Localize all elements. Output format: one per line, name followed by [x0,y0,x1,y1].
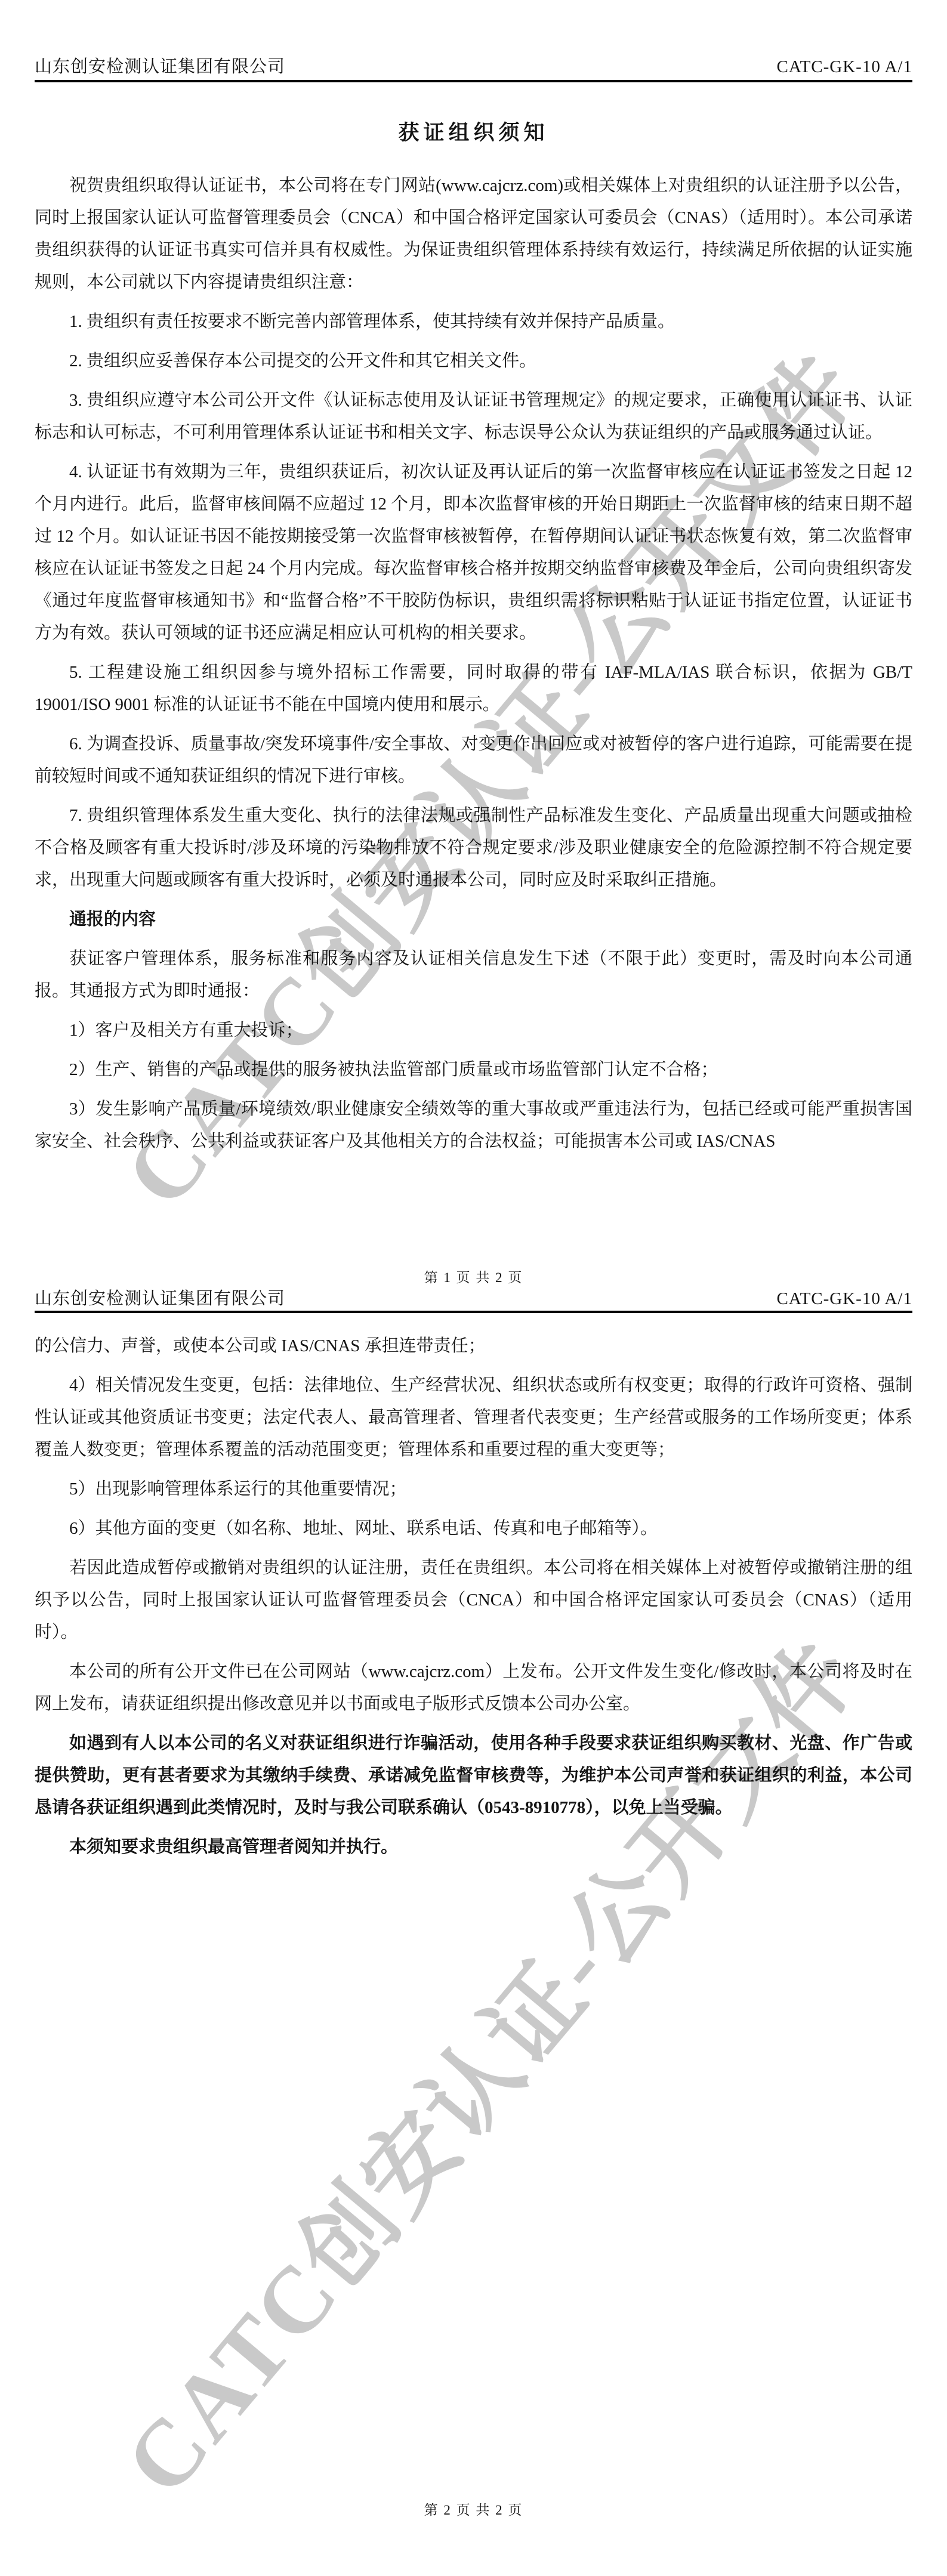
page-1-content: 山东创安检测认证集团有限公司 CATC-GK-10 A/1 获证组织须知 祝贺贵… [0,0,947,1157]
continuation-paragraph: 的公信力、声誉，或使本公司或 IAS/CNAS 承担连带责任； [35,1330,912,1362]
notify-item-1: 1）客户及相关方有重大投诉； [35,1014,912,1046]
notice-item-1: 1. 贵组织有责任按要求不断完善内部管理体系，使其持续有效并保持产品质量。 [35,305,912,338]
document-header: 山东创安检测认证集团有限公司 CATC-GK-10 A/1 [35,1288,912,1309]
notice-item-2: 2. 贵组织应妥善保存本公司提交的公开文件和其它相关文件。 [35,345,912,377]
notice-item-6: 6. 为调查投诉、质量事故/突发环境事件/安全事故、对变更作出回应或对被暂停的客… [35,728,912,792]
intro-paragraph: 祝贺贵组织取得认证证书，本公司将在专门网站(www.cajcrz.com)或相关… [35,169,912,298]
notice-item-7: 7. 贵组织管理体系发生重大变化、执行的法律法规或强制性产品标准发生变化、产品质… [35,799,912,896]
notify-heading: 通报的内容 [35,903,912,935]
notify-item-4: 4）相关情况发生变更，包括：法律地位、生产经营状况、组织状态或所有权变更；取得的… [35,1369,912,1466]
page-1-footer: 第 1 页 共 2 页 [0,1269,947,1287]
company-name: 山东创安检测认证集团有限公司 [35,1288,285,1309]
notice-item-5: 5. 工程建设施工组织因参与境外招标工作需要，同时取得的带有 IAF-MLA/I… [35,656,912,721]
fraud-warning-paragraph: 如遇到有人以本公司的名义对获证组织进行诈骗活动，使用各种手段要求获证组织购买教材… [35,1727,912,1824]
notice-item-4: 4. 认证证书有效期为三年，贵组织获证后，初次认证及再认证后的第一次监督审核应在… [35,456,912,649]
final-note: 本须知要求贵组织最高管理者阅知并执行。 [35,1831,912,1863]
document-header: 山东创安检测认证集团有限公司 CATC-GK-10 A/1 [35,56,912,78]
notify-item-3: 3）发生影响产品质量/环境绩效/职业健康安全绩效等的重大事故或严重违法行为，包括… [35,1093,912,1157]
doc-code: CATC-GK-10 A/1 [777,1288,912,1309]
header-rule [35,1311,912,1313]
public-docs-paragraph: 本公司的所有公开文件已在公司网站（www.cajcrz.com）上发布。公开文件… [35,1655,912,1720]
header-rule [35,80,912,82]
suspension-paragraph: 若因此造成暂停或撤销对贵组织的认证注册，责任在贵组织。本公司将在相关媒体上对被暂… [35,1552,912,1648]
notice-item-3: 3. 贵组织应遵守本公司公开文件《认证标志使用及认证证书管理规定》的规定要求，正… [35,384,912,449]
notify-item-2: 2）生产、销售的产品或提供的服务被执法监管部门质量或市场监管部门认定不合格； [35,1054,912,1086]
notify-item-6: 6）其他方面的变更（如名称、地址、网址、联系电话、传真和电子邮箱等）。 [35,1512,912,1545]
notify-item-5: 5）出现影响管理体系运行的其他重要情况； [35,1473,912,1505]
doc-code: CATC-GK-10 A/1 [777,56,912,78]
page-2-content: 山东创安检测认证集团有限公司 CATC-GK-10 A/1 的公信力、声誉，或使… [0,1288,947,1863]
page-1: CATC创安认证-公开文件 山东创安检测认证集团有限公司 CATC-GK-10 … [0,0,947,1288]
page-title: 获证组织须知 [35,119,912,147]
notify-intro: 获证客户管理体系，服务标准和服务内容及认证相关信息发生下述（不限于此）变更时，需… [35,943,912,1007]
company-name: 山东创安检测认证集团有限公司 [35,56,285,78]
page-2: CATC创安认证-公开文件 山东创安检测认证集团有限公司 CATC-GK-10 … [0,1288,947,2576]
page-2-footer: 第 2 页 共 2 页 [0,2501,947,2519]
